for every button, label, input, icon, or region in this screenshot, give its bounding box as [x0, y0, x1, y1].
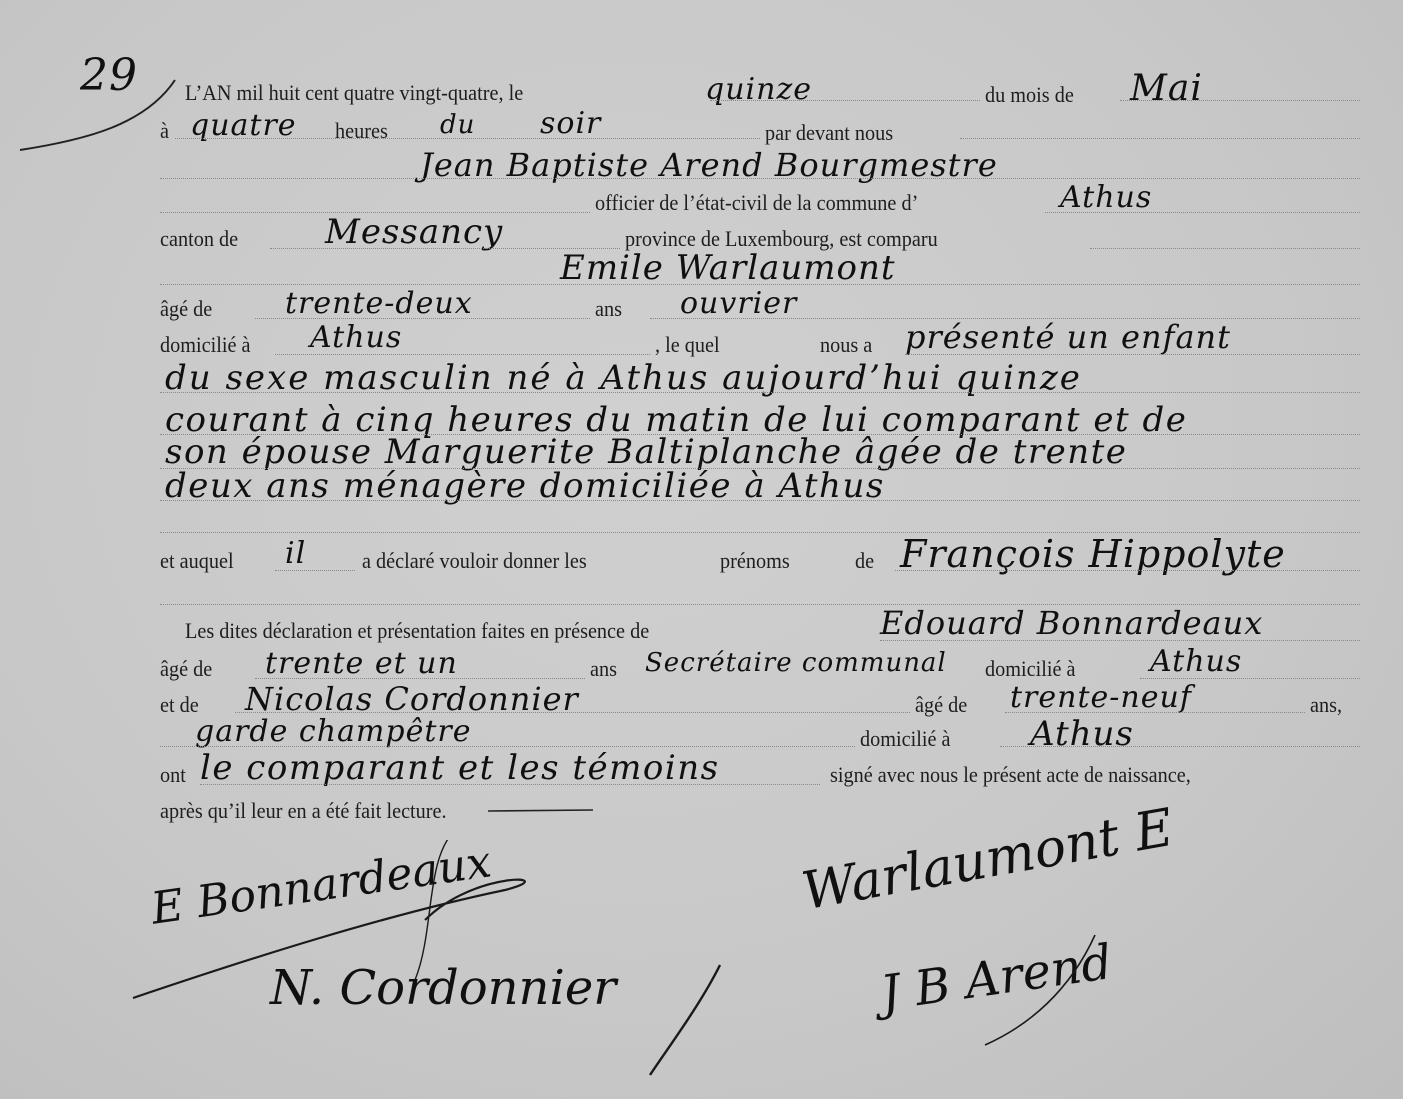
commune-value: Athus: [1060, 180, 1152, 215]
witness1-residence: Athus: [1150, 644, 1242, 679]
presented-text: présenté un enfant: [905, 318, 1231, 356]
line19-printed: après qu’il leur en a été fait lecture.: [160, 798, 447, 824]
strikethrough-lecture: [488, 806, 598, 816]
line18-printed-b: signé avec nous le présent acte de naiss…: [830, 762, 1191, 788]
line16-printed-c: ans,: [1310, 692, 1342, 718]
line2-printed-b: heures: [335, 118, 388, 144]
line18-printed-a: ont: [160, 762, 186, 788]
witness1-name: Edouard Bonnardeaux: [880, 604, 1263, 642]
line8-printed-c: nous a: [820, 332, 872, 358]
declarant-name: Emile Warlaumont: [560, 248, 896, 288]
line2-printed-a: à: [160, 118, 169, 144]
signature-flourish-witness2: [640, 960, 730, 1080]
signature-declarant: Warlaumont E: [798, 798, 1178, 922]
line1-printed-a: L’AN mil huit cent quatre vingt-quatre, …: [185, 80, 523, 106]
line8-printed-b: , le quel: [655, 332, 720, 358]
line15-printed-a: âgé de: [160, 656, 212, 682]
declarant-profession: ouvrier: [680, 286, 797, 321]
line15-printed-b: ans: [590, 656, 617, 682]
witness2-residence: Athus: [1030, 714, 1134, 754]
declarant-residence: Athus: [310, 320, 402, 355]
witness2-profession: garde champêtre: [195, 714, 472, 749]
line2-printed-c: par devant nous: [765, 120, 893, 146]
line13-printed-a: et auquel: [160, 548, 234, 574]
line7-printed-b: ans: [595, 296, 622, 322]
line15-printed-c: domicilié à: [985, 656, 1075, 682]
line8-printed-a: domicilié à: [160, 332, 250, 358]
witness2-age: trente-neuf: [1010, 680, 1192, 715]
line1-printed-b: du mois de: [985, 82, 1074, 108]
canton-value: Messancy: [325, 212, 503, 252]
signature-witness2: N. Cordonnier: [270, 960, 616, 1016]
line17-printed: domicilié à: [860, 726, 950, 752]
line13-printed-c: prénoms: [720, 548, 790, 574]
line16-printed-a: et de: [160, 692, 199, 718]
signature-flourish-officer: [980, 930, 1100, 1050]
line7-printed-a: âgé de: [160, 296, 212, 322]
signers-text: le comparant et les témoins: [200, 748, 720, 788]
day-value: quinze: [705, 72, 812, 107]
du-value: du: [440, 110, 475, 140]
pronoun-value: il: [285, 536, 306, 571]
line13-printed-b: a déclaré vouloir donner les: [362, 548, 587, 574]
witness1-age: trente et un: [265, 646, 458, 681]
line13-printed-d: de: [855, 548, 874, 574]
birth-record-page: 29 L’AN mil huit cent quatre vingt-quatr…: [0, 0, 1403, 1099]
period-value: soir: [540, 106, 601, 141]
witness1-profession: Secrétaire communal: [645, 648, 947, 678]
line16-printed-b: âgé de: [915, 692, 967, 718]
line4-printed: officier de l’état-civil de la commune d…: [595, 190, 918, 216]
declarant-age: trente-deux: [285, 286, 473, 321]
month-value: Mai: [1130, 68, 1203, 109]
line14-printed: Les dites déclaration et présentation fa…: [185, 618, 649, 644]
line5-printed-a: canton de: [160, 226, 238, 252]
